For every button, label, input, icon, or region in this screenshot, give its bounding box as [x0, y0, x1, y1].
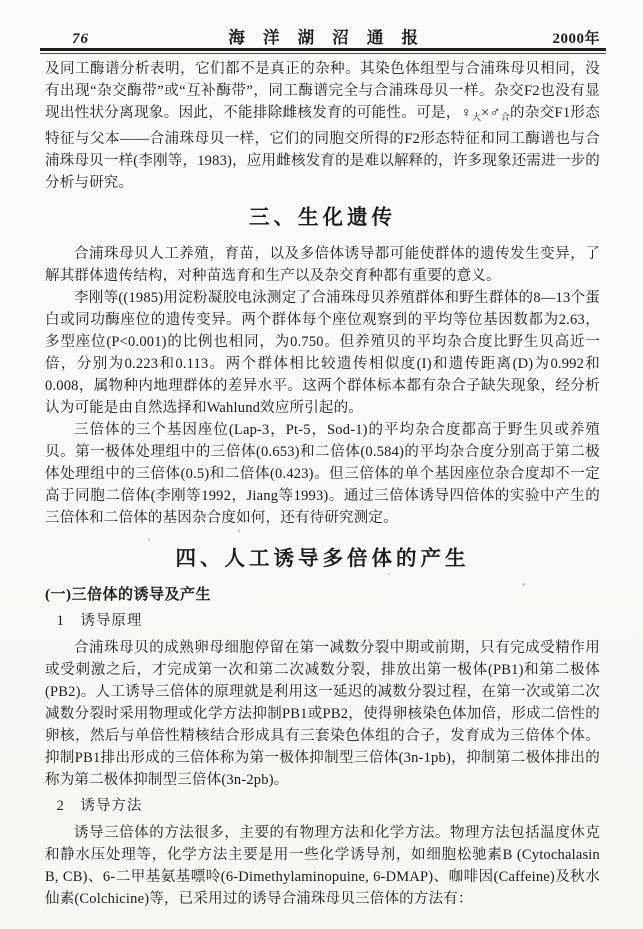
scanned-journal-page: 76 海 洋 湖 沼 通 报 2000年 及同工酶谱分析表明，它们都不是真正的杂… [0, 0, 643, 929]
journal-title: 海 洋 湖 沼 通 报 [228, 24, 425, 48]
paragraph-breeding-significance: 合浦珠母贝人工养殖，育苗，以及多倍体诱导都可能使群体的遗传发生变异，了解其群体遗… [45, 243, 600, 287]
numbered-heading-induction-principle: 1 诱导原理 [45, 611, 600, 632]
paragraph-induction-methods: 诱导三倍体的方法很多，主要的有物理方法和化学方法。物理方法包括温度休克和静水压处… [45, 822, 600, 910]
female-subscript: 大 [472, 112, 481, 122]
paragraph-triploid-loci: 三倍体的三个基因座位(Lap-3，Pt-5，Sod-1)的平均杂合度都高于野生贝… [45, 419, 600, 529]
scan-artifact [388, 573, 390, 575]
paragraph-electrophoresis-study: 李刚等((1985)用淀粉凝胶电泳测定了合浦珠母贝养殖群体和野生群体的8—13个… [45, 287, 600, 419]
subsection-heading-triploid-induction: (一)三倍体的诱导及产生 [45, 585, 600, 606]
running-head: 76 海 洋 湖 沼 通 报 2000年 [45, 24, 600, 48]
page-number: 76 [72, 31, 89, 48]
male-subscript: 合 [501, 112, 510, 122]
text-run: ×♂ [481, 105, 501, 121]
scan-artifact [148, 538, 150, 541]
page-body: 及同工酶谱分析表明，它们都不是真正的杂种。其染色体组型与合浦珠母贝相同，没有出现… [45, 58, 600, 910]
paragraph-hybrid-analysis: 及同工酶谱分析表明，它们都不是真正的杂种。其染色体组型与合浦珠母贝相同，没有出现… [45, 58, 600, 194]
paragraph-induction-principle: 合浦珠母贝的成熟卵母细胞停留在第一减数分裂中期或前期，只有完成受精作用或受刺激之… [45, 637, 600, 791]
scan-artifact [238, 529, 240, 533]
scan-artifact [522, 583, 525, 586]
numbered-heading-induction-methods: 2 诱导方法 [45, 796, 600, 817]
section-heading-polyploid-induction: 四、人工诱导多倍体的产生 [45, 546, 600, 572]
header-rule [40, 48, 606, 54]
publication-year: 2000年 [552, 27, 600, 48]
section-heading-biochemical-genetics: 三、生化遗传 [45, 205, 600, 231]
